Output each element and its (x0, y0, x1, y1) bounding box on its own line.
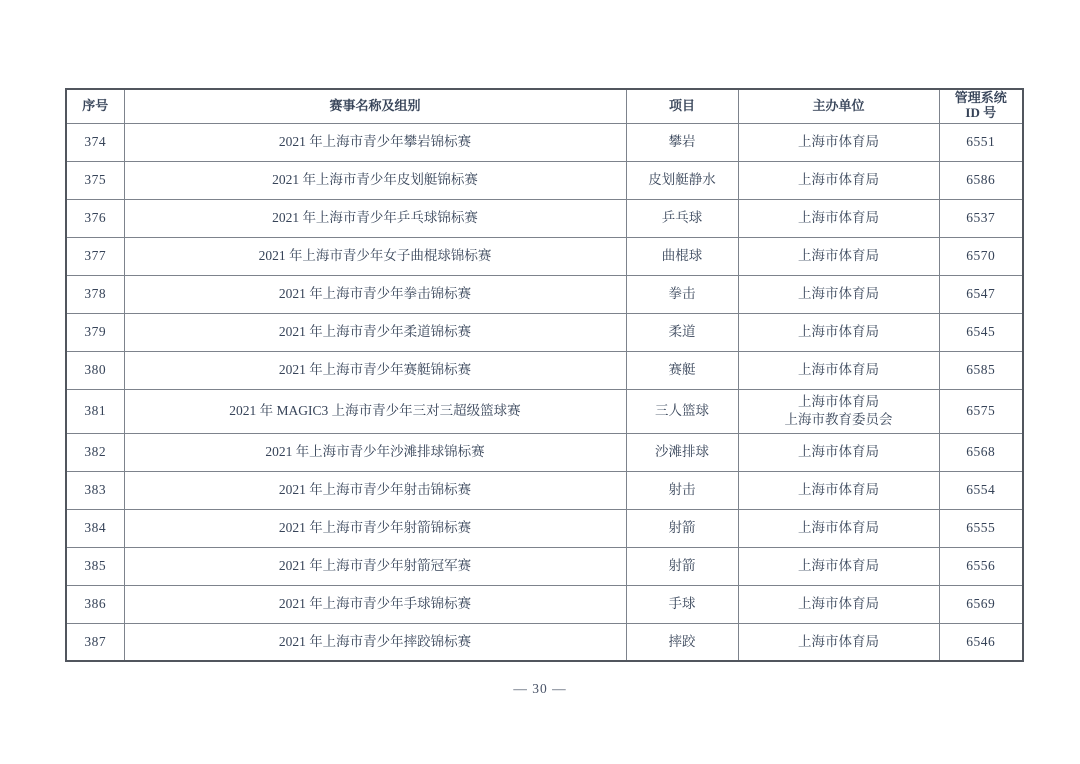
cell-sport: 拳击 (626, 275, 738, 313)
table-row: 3782021 年上海市青少年拳击锦标赛拳击上海市体育局6547 (66, 275, 1023, 313)
cell-sport: 曲棍球 (626, 237, 738, 275)
cell-index: 378 (66, 275, 124, 313)
cell-organizer: 上海市体育局 (738, 237, 939, 275)
cell-name: 2021 年上海市青少年柔道锦标赛 (124, 313, 626, 351)
cell-name: 2021 年 MAGIC3 上海市青少年三对三超级篮球赛 (124, 389, 626, 433)
cell-sport: 赛艇 (626, 351, 738, 389)
cell-name: 2021 年上海市青少年沙滩排球锦标赛 (124, 433, 626, 471)
table-row: 3812021 年 MAGIC3 上海市青少年三对三超级篮球赛三人篮球上海市体育… (66, 389, 1023, 433)
cell-organizer: 上海市体育局 (738, 351, 939, 389)
table-row: 3742021 年上海市青少年攀岩锦标赛攀岩上海市体育局6551 (66, 123, 1023, 161)
cell-name: 2021 年上海市青少年射箭冠军赛 (124, 547, 626, 585)
cell-index: 387 (66, 623, 124, 661)
cell-index: 376 (66, 199, 124, 237)
cell-organizer: 上海市体育局 上海市教育委员会 (738, 389, 939, 433)
cell-organizer: 上海市体育局 (738, 161, 939, 199)
cell-index: 382 (66, 433, 124, 471)
cell-id: 6569 (939, 585, 1023, 623)
cell-id: 6551 (939, 123, 1023, 161)
cell-name: 2021 年上海市青少年手球锦标赛 (124, 585, 626, 623)
table-row: 3862021 年上海市青少年手球锦标赛手球上海市体育局6569 (66, 585, 1023, 623)
table-row: 3842021 年上海市青少年射箭锦标赛射箭上海市体育局6555 (66, 509, 1023, 547)
cell-organizer: 上海市体育局 (738, 623, 939, 661)
cell-id: 6586 (939, 161, 1023, 199)
cell-organizer: 上海市体育局 (738, 275, 939, 313)
cell-id: 6570 (939, 237, 1023, 275)
cell-sport: 柔道 (626, 313, 738, 351)
table-row: 3792021 年上海市青少年柔道锦标赛柔道上海市体育局6545 (66, 313, 1023, 351)
cell-sport: 手球 (626, 585, 738, 623)
cell-index: 386 (66, 585, 124, 623)
cell-id: 6568 (939, 433, 1023, 471)
table-row: 3752021 年上海市青少年皮划艇锦标赛皮划艇静水上海市体育局6586 (66, 161, 1023, 199)
cell-sport: 乒乓球 (626, 199, 738, 237)
column-header-name: 赛事名称及组别 (124, 89, 626, 123)
cell-sport: 摔跤 (626, 623, 738, 661)
cell-index: 381 (66, 389, 124, 433)
cell-sport: 射击 (626, 471, 738, 509)
column-header-index: 序号 (66, 89, 124, 123)
cell-organizer: 上海市体育局 (738, 547, 939, 585)
document-page: 序号赛事名称及组别项目主办单位管理系统 ID 号 3742021 年上海市青少年… (0, 0, 1080, 764)
cell-index: 375 (66, 161, 124, 199)
cell-organizer: 上海市体育局 (738, 585, 939, 623)
table-row: 3822021 年上海市青少年沙滩排球锦标赛沙滩排球上海市体育局6568 (66, 433, 1023, 471)
cell-index: 385 (66, 547, 124, 585)
table-row: 3832021 年上海市青少年射击锦标赛射击上海市体育局6554 (66, 471, 1023, 509)
table-row: 3872021 年上海市青少年摔跤锦标赛摔跤上海市体育局6546 (66, 623, 1023, 661)
page-number: — 30 — (0, 681, 1080, 697)
cell-name: 2021 年上海市青少年射箭锦标赛 (124, 509, 626, 547)
table-header-row: 序号赛事名称及组别项目主办单位管理系统 ID 号 (66, 89, 1023, 123)
cell-name: 2021 年上海市青少年射击锦标赛 (124, 471, 626, 509)
cell-index: 384 (66, 509, 124, 547)
cell-organizer: 上海市体育局 (738, 471, 939, 509)
cell-name: 2021 年上海市青少年赛艇锦标赛 (124, 351, 626, 389)
cell-sport: 射箭 (626, 547, 738, 585)
cell-index: 377 (66, 237, 124, 275)
cell-id: 6554 (939, 471, 1023, 509)
cell-index: 383 (66, 471, 124, 509)
column-header-id: 管理系统 ID 号 (939, 89, 1023, 123)
cell-id: 6585 (939, 351, 1023, 389)
table-row: 3772021 年上海市青少年女子曲棍球锦标赛曲棍球上海市体育局6570 (66, 237, 1023, 275)
cell-id: 6545 (939, 313, 1023, 351)
cell-id: 6547 (939, 275, 1023, 313)
table-row: 3852021 年上海市青少年射箭冠军赛射箭上海市体育局6556 (66, 547, 1023, 585)
cell-sport: 攀岩 (626, 123, 738, 161)
cell-sport: 沙滩排球 (626, 433, 738, 471)
cell-id: 6555 (939, 509, 1023, 547)
cell-name: 2021 年上海市青少年乒乓球锦标赛 (124, 199, 626, 237)
cell-name: 2021 年上海市青少年摔跤锦标赛 (124, 623, 626, 661)
cell-index: 380 (66, 351, 124, 389)
cell-organizer: 上海市体育局 (738, 509, 939, 547)
cell-index: 379 (66, 313, 124, 351)
events-table: 序号赛事名称及组别项目主办单位管理系统 ID 号 3742021 年上海市青少年… (65, 88, 1024, 662)
cell-name: 2021 年上海市青少年皮划艇锦标赛 (124, 161, 626, 199)
cell-sport: 皮划艇静水 (626, 161, 738, 199)
cell-name: 2021 年上海市青少年女子曲棍球锦标赛 (124, 237, 626, 275)
cell-id: 6556 (939, 547, 1023, 585)
table-row: 3762021 年上海市青少年乒乓球锦标赛乒乓球上海市体育局6537 (66, 199, 1023, 237)
cell-id: 6575 (939, 389, 1023, 433)
cell-organizer: 上海市体育局 (738, 313, 939, 351)
cell-sport: 三人篮球 (626, 389, 738, 433)
cell-organizer: 上海市体育局 (738, 433, 939, 471)
cell-organizer: 上海市体育局 (738, 123, 939, 161)
table-row: 3802021 年上海市青少年赛艇锦标赛赛艇上海市体育局6585 (66, 351, 1023, 389)
cell-id: 6546 (939, 623, 1023, 661)
cell-index: 374 (66, 123, 124, 161)
cell-name: 2021 年上海市青少年攀岩锦标赛 (124, 123, 626, 161)
column-header-organizer: 主办单位 (738, 89, 939, 123)
column-header-sport: 项目 (626, 89, 738, 123)
cell-sport: 射箭 (626, 509, 738, 547)
cell-name: 2021 年上海市青少年拳击锦标赛 (124, 275, 626, 313)
cell-organizer: 上海市体育局 (738, 199, 939, 237)
cell-id: 6537 (939, 199, 1023, 237)
